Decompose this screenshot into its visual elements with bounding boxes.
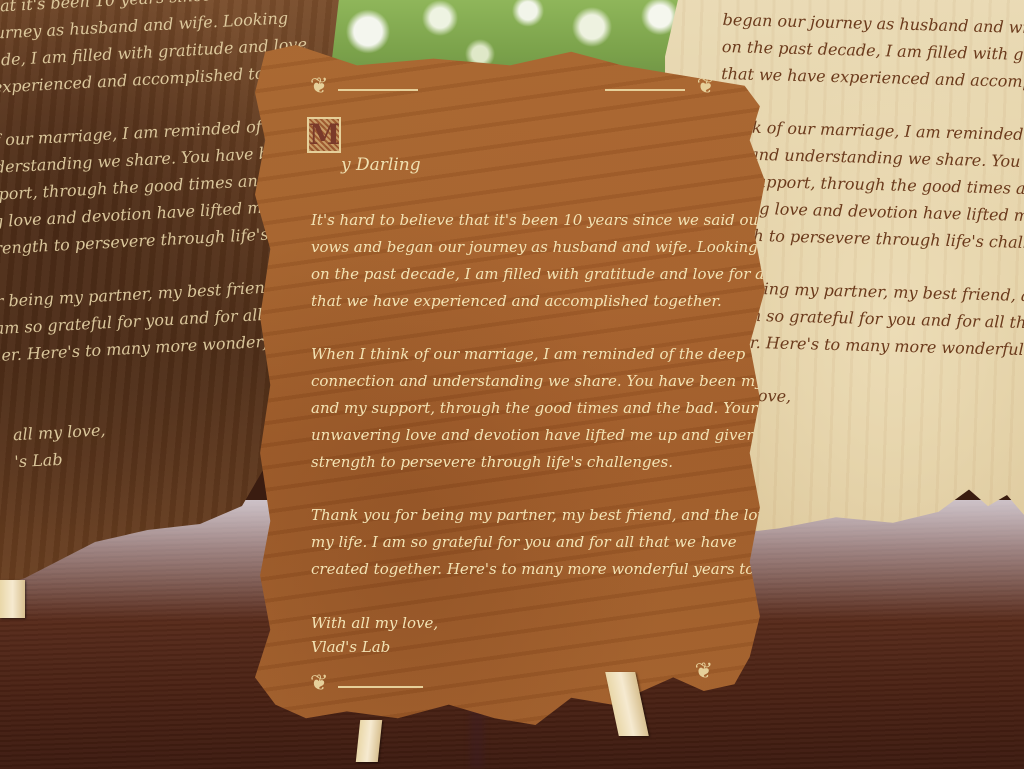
front-left-stand <box>356 720 382 762</box>
illuminated-dropcap: M <box>307 117 341 153</box>
flourish-icon: ❦ <box>310 74 328 99</box>
salutation: y Darling <box>341 155 421 175</box>
letter-body: It's hard to believe that it's been 10 y… <box>311 207 751 609</box>
ornament-line <box>605 89 685 91</box>
letter-closing: With all my love, Vlad's Lab <box>311 611 438 659</box>
signature: Vlad's Lab <box>311 635 438 659</box>
paragraph-2: When I think of our marriage, I am remin… <box>311 341 751 476</box>
paragraph-3: Thank you for being my partner, my best … <box>311 502 751 583</box>
left-stand <box>0 580 25 618</box>
photo-scene: elieve that it's been 10 years since we … <box>0 0 1024 769</box>
top-left-ornament: ❦ <box>310 80 420 100</box>
flourish-icon: ❦ <box>310 671 328 696</box>
bottom-left-ornament: ❦ <box>310 677 430 697</box>
main-letter-panel: ❦ ❦ M y Darling It's hard to believe tha… <box>255 45 765 725</box>
ornament-line <box>338 686 423 688</box>
top-right-ornament: ❦ <box>605 80 715 100</box>
paragraph-1: It's hard to believe that it's been 10 y… <box>311 207 751 315</box>
right-paragraph-1: began our journey as husband and wife on… <box>721 6 1024 98</box>
right-closing: love, <box>752 382 1024 419</box>
closing-line: With all my love, <box>311 611 438 635</box>
flourish-icon: ❦ <box>695 659 713 684</box>
ornament-line <box>338 89 418 91</box>
right-letter-text: began our journey as husband and wife on… <box>712 6 1024 419</box>
